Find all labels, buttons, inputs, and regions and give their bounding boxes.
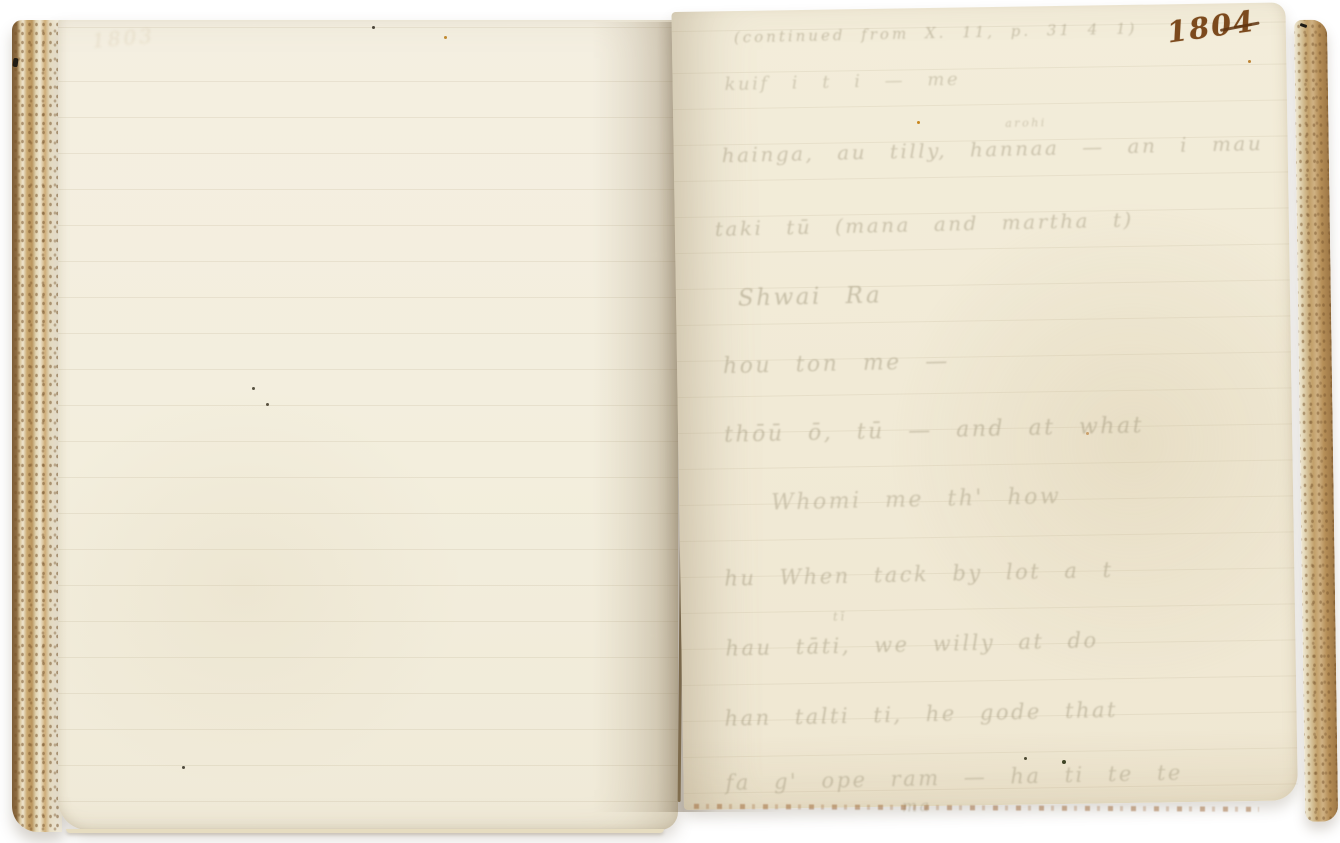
paper-tint-left — [58, 20, 678, 830]
pencil-line: fa g' ope ram — ha ti te te — [725, 761, 1183, 795]
pencil-line: (continued from X. 11, p. 31 4 1) — [734, 19, 1138, 46]
pencil-annotation: tī — [833, 609, 847, 623]
pencil-line: Whomi me th' how — [771, 484, 1062, 516]
pencil-line: hou ton me — — [723, 349, 950, 379]
pencil-line: hu When tack by lot a t — [724, 558, 1114, 591]
pencil-line: thōū ō, tū — and at what — [724, 413, 1144, 448]
pencil-line: kuif i t i — me — [724, 69, 960, 95]
left-page-stack-edge — [12, 20, 62, 832]
pencil-line: hau tāti, we willy at do — [725, 628, 1099, 660]
right-page: (continued from X. 11, p. 31 4 1) kuif i… — [671, 2, 1297, 810]
right-page-stack-edge — [1294, 20, 1338, 822]
pencil-line: taki tū (mana and martha t) — [715, 207, 1134, 240]
show-through-page-number: 1803 — [91, 23, 156, 52]
paper-tint-right — [671, 2, 1297, 810]
left-page: 1803 — [58, 20, 678, 830]
deckled-bottom-edge — [694, 804, 1259, 812]
notebook-photo: 1803 (continued from X. 11, p. 31 4 1) k… — [0, 0, 1340, 843]
pencil-annotation: arohi — [1005, 116, 1047, 130]
pencil-line: Shwai Ra — [738, 282, 883, 311]
ruled-lines-left — [58, 20, 678, 830]
under-page-edge-left — [66, 829, 664, 833]
ruled-lines-right — [671, 2, 1297, 810]
pencil-line: han talti ti, he gode that — [724, 698, 1118, 731]
pencil-line: hainga, au tilly, hannaa — an i mau — [721, 131, 1263, 167]
